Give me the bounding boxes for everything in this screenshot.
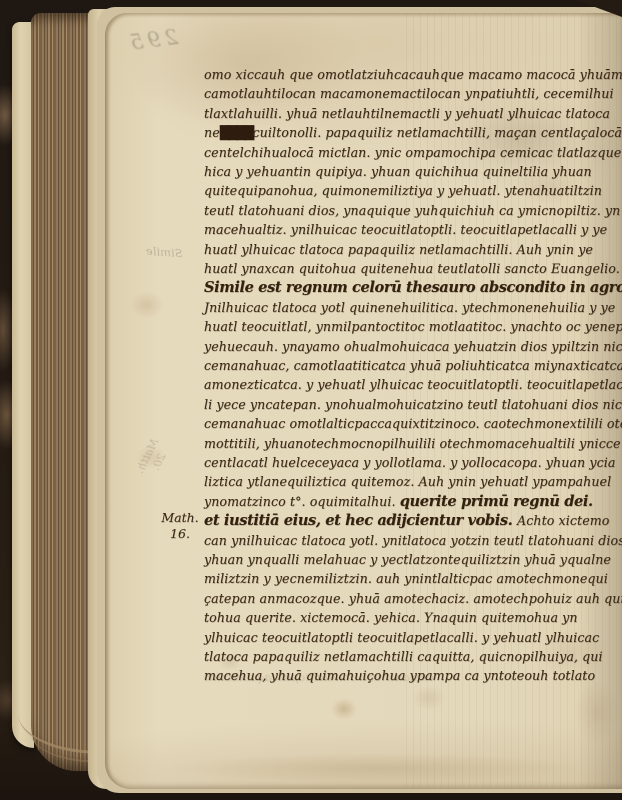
text-segment: quitequipanohua, quimonemiliztiya y yehu… [204, 183, 602, 198]
text-line: Simile est regnum celorū thesauro abscon… [204, 277, 622, 297]
text-line: ynomatzinco t°. oquimitalhui. querite pr… [204, 491, 593, 511]
manuscript-text-block: omo xiccauh que omotlatziuhcacauhque mac… [204, 0, 622, 800]
text-line: miliztzin y yecnemiliztzin. auh ynintlal… [204, 568, 608, 588]
text-line: huatl ynaxcan quitohua quitenehua teutla… [204, 258, 620, 278]
text-segment: ynomatzinco t°. oquimitalhui. [204, 494, 400, 509]
text-line: cemanahuac omotlalticpaccaquixtitzinoco.… [204, 413, 622, 433]
margin-note-chapter: 16. [157, 526, 203, 542]
text-segment: li yece yncatepan. ynohualmohuicatzino t… [204, 397, 622, 412]
stain [130, 291, 164, 319]
text-line: macehualtiz. ynilhuicac teocuitlatoptli.… [204, 219, 607, 239]
text-line: huatl teocuitlatl, ynmilpantoctitoc motl… [204, 316, 622, 336]
text-segment: cuiltonolli. papaquiliz netlamachtilli, … [253, 125, 622, 140]
text-line: amonezticatca. y yehuatl ylhuicac teocui… [204, 374, 622, 394]
text-line: mottitili, yhuanotechmocnopilhuilili ote… [204, 433, 621, 453]
page-edges-fore-edge [31, 13, 91, 771]
margin-showthrough-simile: Simile [146, 244, 184, 261]
text-segment: macehua, yhuā quimahuiçohua ypampa ca yn… [204, 668, 595, 683]
text-line: quitequipanohua, quimonemiliztiya y yehu… [204, 180, 602, 200]
text-segment: macehualtiz. ynilhuicac teocuitlatoptli.… [204, 222, 607, 237]
text-segment: tohua querite. xictemocā. yehica. Ynaqui… [204, 610, 578, 625]
text-line: centelchihualocā mictlan. ynic ompamochi… [204, 142, 622, 162]
text-segment: huatl ynaxcan quitohua quitenehua teutla… [204, 261, 620, 276]
text-segment: et iustitiā eius, et hec adijcientur vob… [204, 512, 517, 529]
text-segment: yehuecauh. ynayamo ohualmohuicaca yehuat… [204, 339, 622, 354]
text-line: liztica ytlanequiliztica quitemoz. Auh y… [204, 471, 611, 491]
text-line: can ynilhuicac tlatoca yotl. ynitlatoca … [204, 530, 622, 550]
text-segment: Achto xictemo [517, 513, 609, 528]
text-segment: amonezticatca. y yehuatl ylhuicac teocui… [204, 377, 622, 392]
text-segment: teutl tlatohuani dios, ynaquique yuhquic… [204, 203, 620, 218]
text-line: tlatoca papaquiliz netlamachtilli caquit… [204, 646, 603, 666]
text-line: centlacatl huelceceyaca y yollotlama. y … [204, 452, 615, 472]
text-segment: hica y yehuantin quipiya. yhuan quichihu… [204, 164, 592, 179]
text-segment: querite primū regnū dei. [400, 493, 593, 510]
text-segment: miliztzin y yecnemiliztzin. auh ynintlal… [204, 571, 608, 586]
text-line: tlaxtlahuilli. yhuā netlauhtilnemactli y… [204, 103, 610, 123]
text-segment: Simile est regnum celorū thesauro abscon… [204, 279, 622, 296]
text-line: camotlauhtilocan macamonemactilocan ynpa… [204, 83, 614, 103]
manuscript-photo: 295 Simile Matth. 20. cemanahuac omotlal… [0, 0, 622, 800]
text-segment: omo xiccauh que omotlatziuhcacauhque mac… [204, 67, 622, 82]
text-segment: cemanahuac, camotlaatiticatca yhuā poliu… [204, 358, 622, 373]
text-segment: mottitili, yhuanotechmocnopilhuilili ote… [204, 436, 621, 451]
text-line: macehua, yhuā quimahuiçohua ypampa ca yn… [204, 665, 595, 685]
text-line: Jnilhuicac tlatoca yotl quinenehuilitica… [204, 297, 615, 317]
text-segment: tlatoca papaquiliz netlamachtilli caquit… [204, 649, 603, 664]
text-segment: tlaxtlahuilli. yhuā netlauhtilnemactli y… [204, 106, 610, 121]
text-segment: huatl teocuitlatl, ynmilpantoctitoc motl… [204, 319, 622, 334]
text-line: ylhuicac teocuitlatoptli teocuitlapetlac… [204, 627, 599, 647]
text-segment: camotlauhtilocan macamonemactilocan ynpa… [204, 86, 614, 101]
text-line: et iustitiā eius, et hec adijcientur vob… [204, 510, 609, 530]
text-line: yehuecauh. ynayamo ohualmohuicaca yehuat… [204, 336, 622, 356]
text-line: hica y yehuantin quipiya. yhuan quichihu… [204, 161, 592, 181]
text-segment: yhuan ynqualli melahuac y yectlatzontequ… [204, 552, 611, 567]
text-line: li yece yncatepan. ynohualmohuicatzino t… [204, 394, 622, 414]
text-line: ne████cuiltonolli. papaquiliz netlamacht… [204, 122, 622, 142]
text-line: tohua querite. xictemocā. yehica. Ynaqui… [204, 607, 578, 627]
text-line: teutl tlatohuani dios, ynaquique yuhquic… [204, 200, 620, 220]
text-segment: cemanahuac omotlalticpaccaquixtitzinoco.… [204, 416, 622, 431]
text-segment: Jnilhuicac tlatoca yotl quinenehuilitica… [204, 300, 615, 315]
margin-note-math-16: Math. 16. [157, 510, 203, 542]
margin-note-book: Math. [157, 510, 203, 526]
text-line: omo xiccauh que omotlatziuhcacauhque mac… [204, 64, 622, 84]
text-line: çatepan anmacozque. yhuā amotechaciz. am… [204, 588, 622, 608]
text-segment: liztica ytlanequiliztica quitemoz. Auh y… [204, 474, 611, 489]
text-segment: çatepan anmacozque. yhuā amotechaciz. am… [204, 591, 622, 606]
text-segment: ne [204, 125, 220, 140]
crossed-out-word: ████ [220, 125, 253, 140]
text-segment: huatl ylhuicac tlatoca papaquiliz netlam… [204, 242, 593, 257]
text-segment: can ynilhuicac tlatoca yotl. ynitlatoca … [204, 533, 622, 548]
text-line: huatl ylhuicac tlatoca papaquiliz netlam… [204, 239, 593, 259]
text-line: cemanahuac, camotlaatiticatca yhuā poliu… [204, 355, 622, 375]
text-segment: ylhuicac teocuitlatoptli teocuitlapetlac… [204, 630, 599, 645]
text-line: yhuan ynqualli melahuac y yectlatzontequ… [204, 549, 611, 569]
text-segment: centlacatl huelceceyaca y yollotlama. y … [204, 455, 615, 470]
text-segment: centelchihualocā mictlan. ynic ompamochi… [204, 145, 622, 160]
